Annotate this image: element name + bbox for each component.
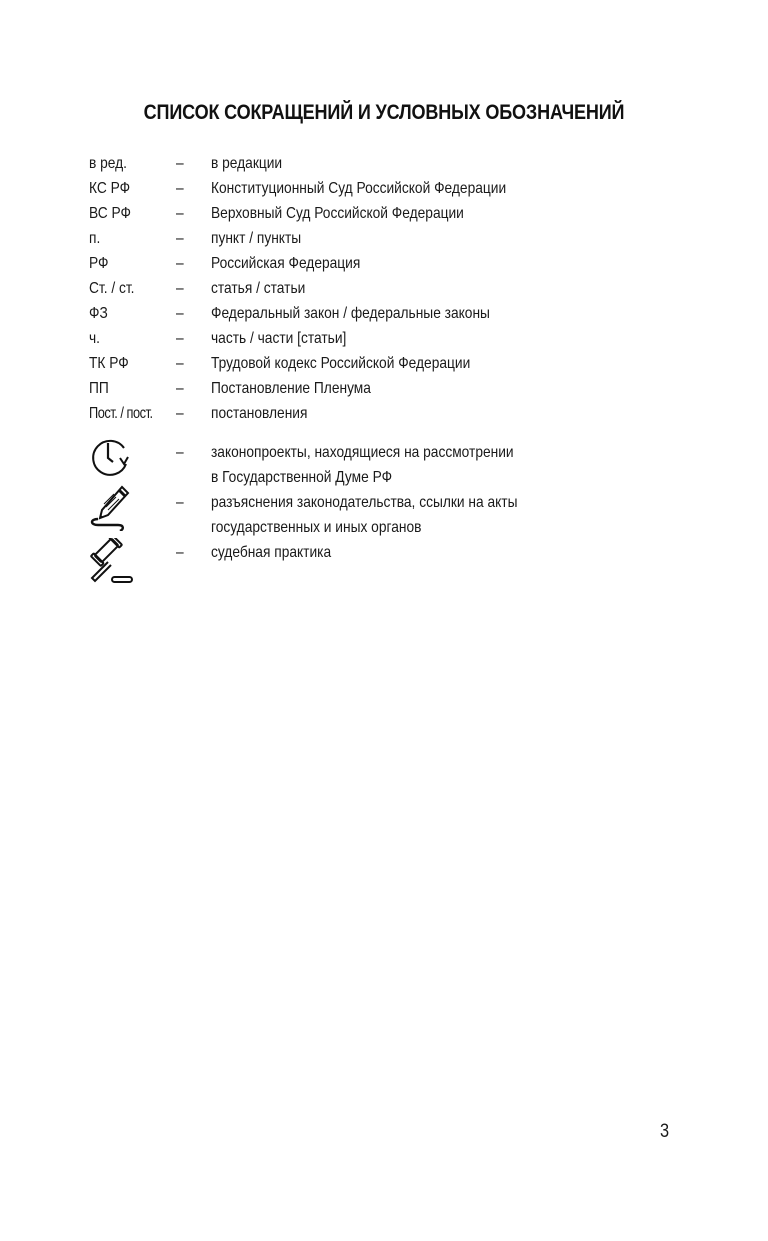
abbreviation-row: КС РФ – Конституционный Суд Российской Ф… [89,176,689,201]
abbreviation-row: ФЗ – Федеральный закон / федеральные зак… [89,301,689,326]
abbreviation-meaning: Постановление Пленума [211,376,371,401]
abbreviation-meaning: статья / статьи [211,276,305,301]
abbreviation-row: в ред. – в редакции [89,151,689,176]
symbol-meaning-line2: в Государственной Думе РФ [211,465,392,490]
separator-dash: – [176,151,184,176]
abbreviation-row: ВС РФ – Верховный Суд Российской Федерац… [89,201,689,226]
page-title: СПИСОК СОКРАЩЕНИЙ И УСЛОВНЫХ ОБОЗНАЧЕНИЙ [54,101,714,125]
abbreviation-row: Ст. / ст. – статья / статьи [89,276,689,301]
abbreviation: Пост. / пост. [89,401,153,426]
abbreviation: КС РФ [89,176,130,201]
abbreviation-row: ТК РФ – Трудовой кодекс Российской Федер… [89,351,689,376]
separator-dash: – [176,490,184,515]
separator-dash: – [176,301,184,326]
abbreviation-row: Пост. / пост. – постановления [89,401,689,426]
symbol-row: – судебная практика [86,540,686,580]
separator-dash: – [176,201,184,226]
abbreviation: ч. [89,326,100,351]
symbol-row: – разъяснения законодательства, ссылки н… [86,490,686,540]
page-number: 3 [660,1121,669,1143]
abbreviation: ВС РФ [89,201,131,226]
symbol-row: – законопроекты, находящиеся на рассмотр… [86,440,686,490]
symbol-list: – законопроекты, находящиеся на рассмотр… [86,440,686,580]
abbreviation-meaning: Конституционный Суд Российской Федерации [211,176,506,201]
abbreviation-meaning: в редакции [211,151,282,176]
separator-dash: – [176,376,184,401]
abbreviation-meaning: Трудовой кодекс Российской Федерации [211,351,470,376]
abbreviation-row: РФ – Российская Федерация [89,251,689,276]
symbol-meaning: разъяснения законодательства, ссылки на … [211,490,517,515]
separator-dash: – [176,251,184,276]
separator-dash: – [176,176,184,201]
separator-dash: – [176,401,184,426]
separator-dash: – [176,276,184,301]
separator-dash: – [176,326,184,351]
abbreviation-meaning: постановления [211,401,307,426]
separator-dash: – [176,351,184,376]
abbreviation: в ред. [89,151,127,176]
symbol-meaning: судебная практика [211,540,331,565]
abbreviation-meaning: часть / части [статьи] [211,326,346,351]
symbol-meaning: законопроекты, находящиеся на рассмотрен… [211,440,514,465]
abbreviation-meaning: Федеральный закон / федеральные законы [211,301,490,326]
pencil-signature-icon [86,485,136,531]
abbreviation-row: ч. – часть / части [статьи] [89,326,689,351]
abbreviation: ПП [89,376,109,401]
abbreviation-meaning: Российская Федерация [211,251,360,276]
abbreviation: п. [89,226,100,251]
abbreviation: ТК РФ [89,351,129,376]
abbreviation-meaning: Верховный Суд Российской Федерации [211,201,464,226]
abbreviation-meaning: пункт / пункты [211,226,301,251]
abbreviation-row: ПП – Постановление Пленума [89,376,689,401]
abbreviation-row: п. – пункт / пункты [89,226,689,251]
abbreviation-list: в ред. – в редакции КС РФ – Конституцион… [89,151,689,426]
abbreviation: Ст. / ст. [89,276,134,301]
separator-dash: – [176,540,184,565]
separator-dash: – [176,440,184,465]
symbol-meaning-line2: государственных и иных органов [211,515,421,540]
gavel-icon [86,538,136,584]
abbreviation: ФЗ [89,301,108,326]
abbreviation: РФ [89,251,108,276]
clock-refresh-icon [86,434,136,480]
separator-dash: – [176,226,184,251]
